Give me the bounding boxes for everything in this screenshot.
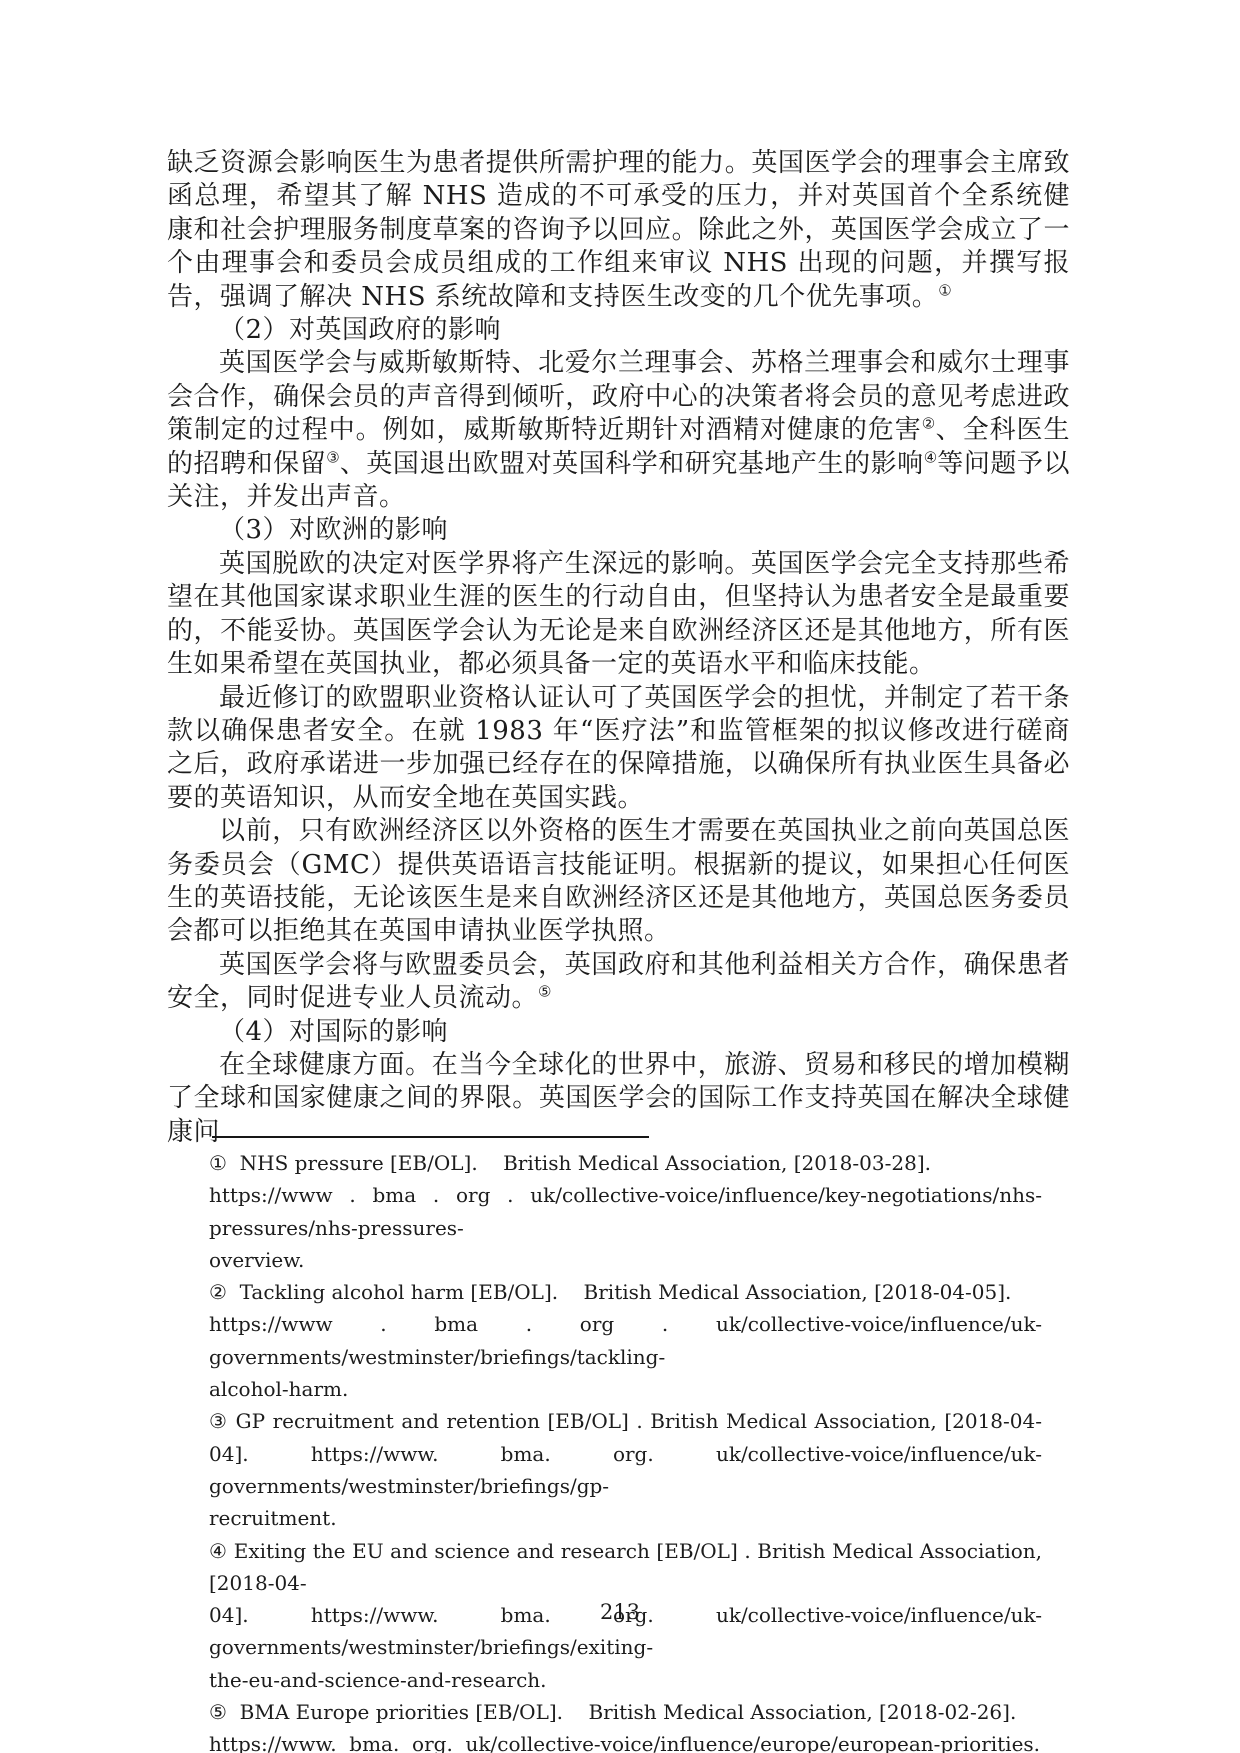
- footnote-ref: ②: [922, 415, 936, 433]
- body-paragraph: 在全球健康方面。在当今全球化的世界中，旅游、贸易和移民的增加模糊了全球和国家健康…: [167, 1049, 1070, 1149]
- page-number: 213: [0, 1600, 1240, 1624]
- document-page: 缺乏资源会影响医生为患者提供所需护理的能力。英国医学会的理事会主席致函总理，希望…: [0, 0, 1240, 1753]
- body-text: 缺乏资源会影响医生为患者提供所需护理的能力。英国医学会的理事会主席致函总理，希望…: [167, 147, 1070, 1149]
- section-heading: （2）对英国政府的影响: [167, 314, 1070, 347]
- footnote-ref: ①: [938, 281, 952, 299]
- footnote-line: ⑤ BMA Europe priorities [EB/OL]. British…: [209, 1696, 1042, 1728]
- footnote-line: recruitment.: [209, 1502, 1042, 1534]
- footnotes: ① NHS pressure [EB/OL]. British Medical …: [209, 1147, 1042, 1753]
- body-paragraph: 最近修订的欧盟职业资格认证认可了英国医学会的担忧，并制定了若干条款以确保患者安全…: [167, 682, 1070, 816]
- footnote-line: https://www . bma . org . uk/collective-…: [209, 1308, 1042, 1373]
- footnote-ref: ⑤: [538, 983, 552, 1001]
- footnote-line: overview.: [209, 1244, 1042, 1276]
- body-paragraph: 英国医学会将与欧盟委员会，英国政府和其他利益相关方合作，确保患者安全，同时促进专…: [167, 949, 1070, 1016]
- body-paragraph: 英国脱欧的决定对医学界将产生深远的影响。英国医学会完全支持那些希望在其他国家谋求…: [167, 548, 1070, 682]
- body-paragraph: 以前，只有欧洲经济区以外资格的医生才需要在英国执业之前向英国总医务委员会（GMC…: [167, 815, 1070, 949]
- footnote-line: ① NHS pressure [EB/OL]. British Medical …: [209, 1147, 1042, 1179]
- body-paragraph: 缺乏资源会影响医生为患者提供所需护理的能力。英国医学会的理事会主席致函总理，希望…: [167, 147, 1070, 314]
- footnote-line: ③ GP recruitment and retention [EB/OL] .…: [209, 1405, 1042, 1437]
- footnote-ref: ④: [924, 448, 938, 466]
- footnote-line: alcohol-harm.: [209, 1373, 1042, 1405]
- footnote-line: ② Tackling alcohol harm [EB/OL]. British…: [209, 1276, 1042, 1308]
- body-paragraph: 英国医学会与威斯敏斯特、北爱尔兰理事会、苏格兰理事会和威尔士理事会合作，确保会员…: [167, 347, 1070, 514]
- footnote-line: 04]. https://www. bma. org. uk/collectiv…: [209, 1438, 1042, 1503]
- footnote-line: the-eu-and-science-and-research.: [209, 1664, 1042, 1696]
- section-heading: （4）对国际的影响: [167, 1016, 1070, 1049]
- footnote-line: https://www. bma. org. uk/collective-voi…: [209, 1728, 1042, 1753]
- footnote-ref: ③: [326, 448, 340, 466]
- footnote-line: ④ Exiting the EU and science and researc…: [209, 1535, 1042, 1600]
- section-heading: （3）对欧洲的影响: [167, 514, 1070, 547]
- footnote-line: https://www . bma . org . uk/collective-…: [209, 1179, 1042, 1244]
- footnote-divider: [212, 1136, 649, 1138]
